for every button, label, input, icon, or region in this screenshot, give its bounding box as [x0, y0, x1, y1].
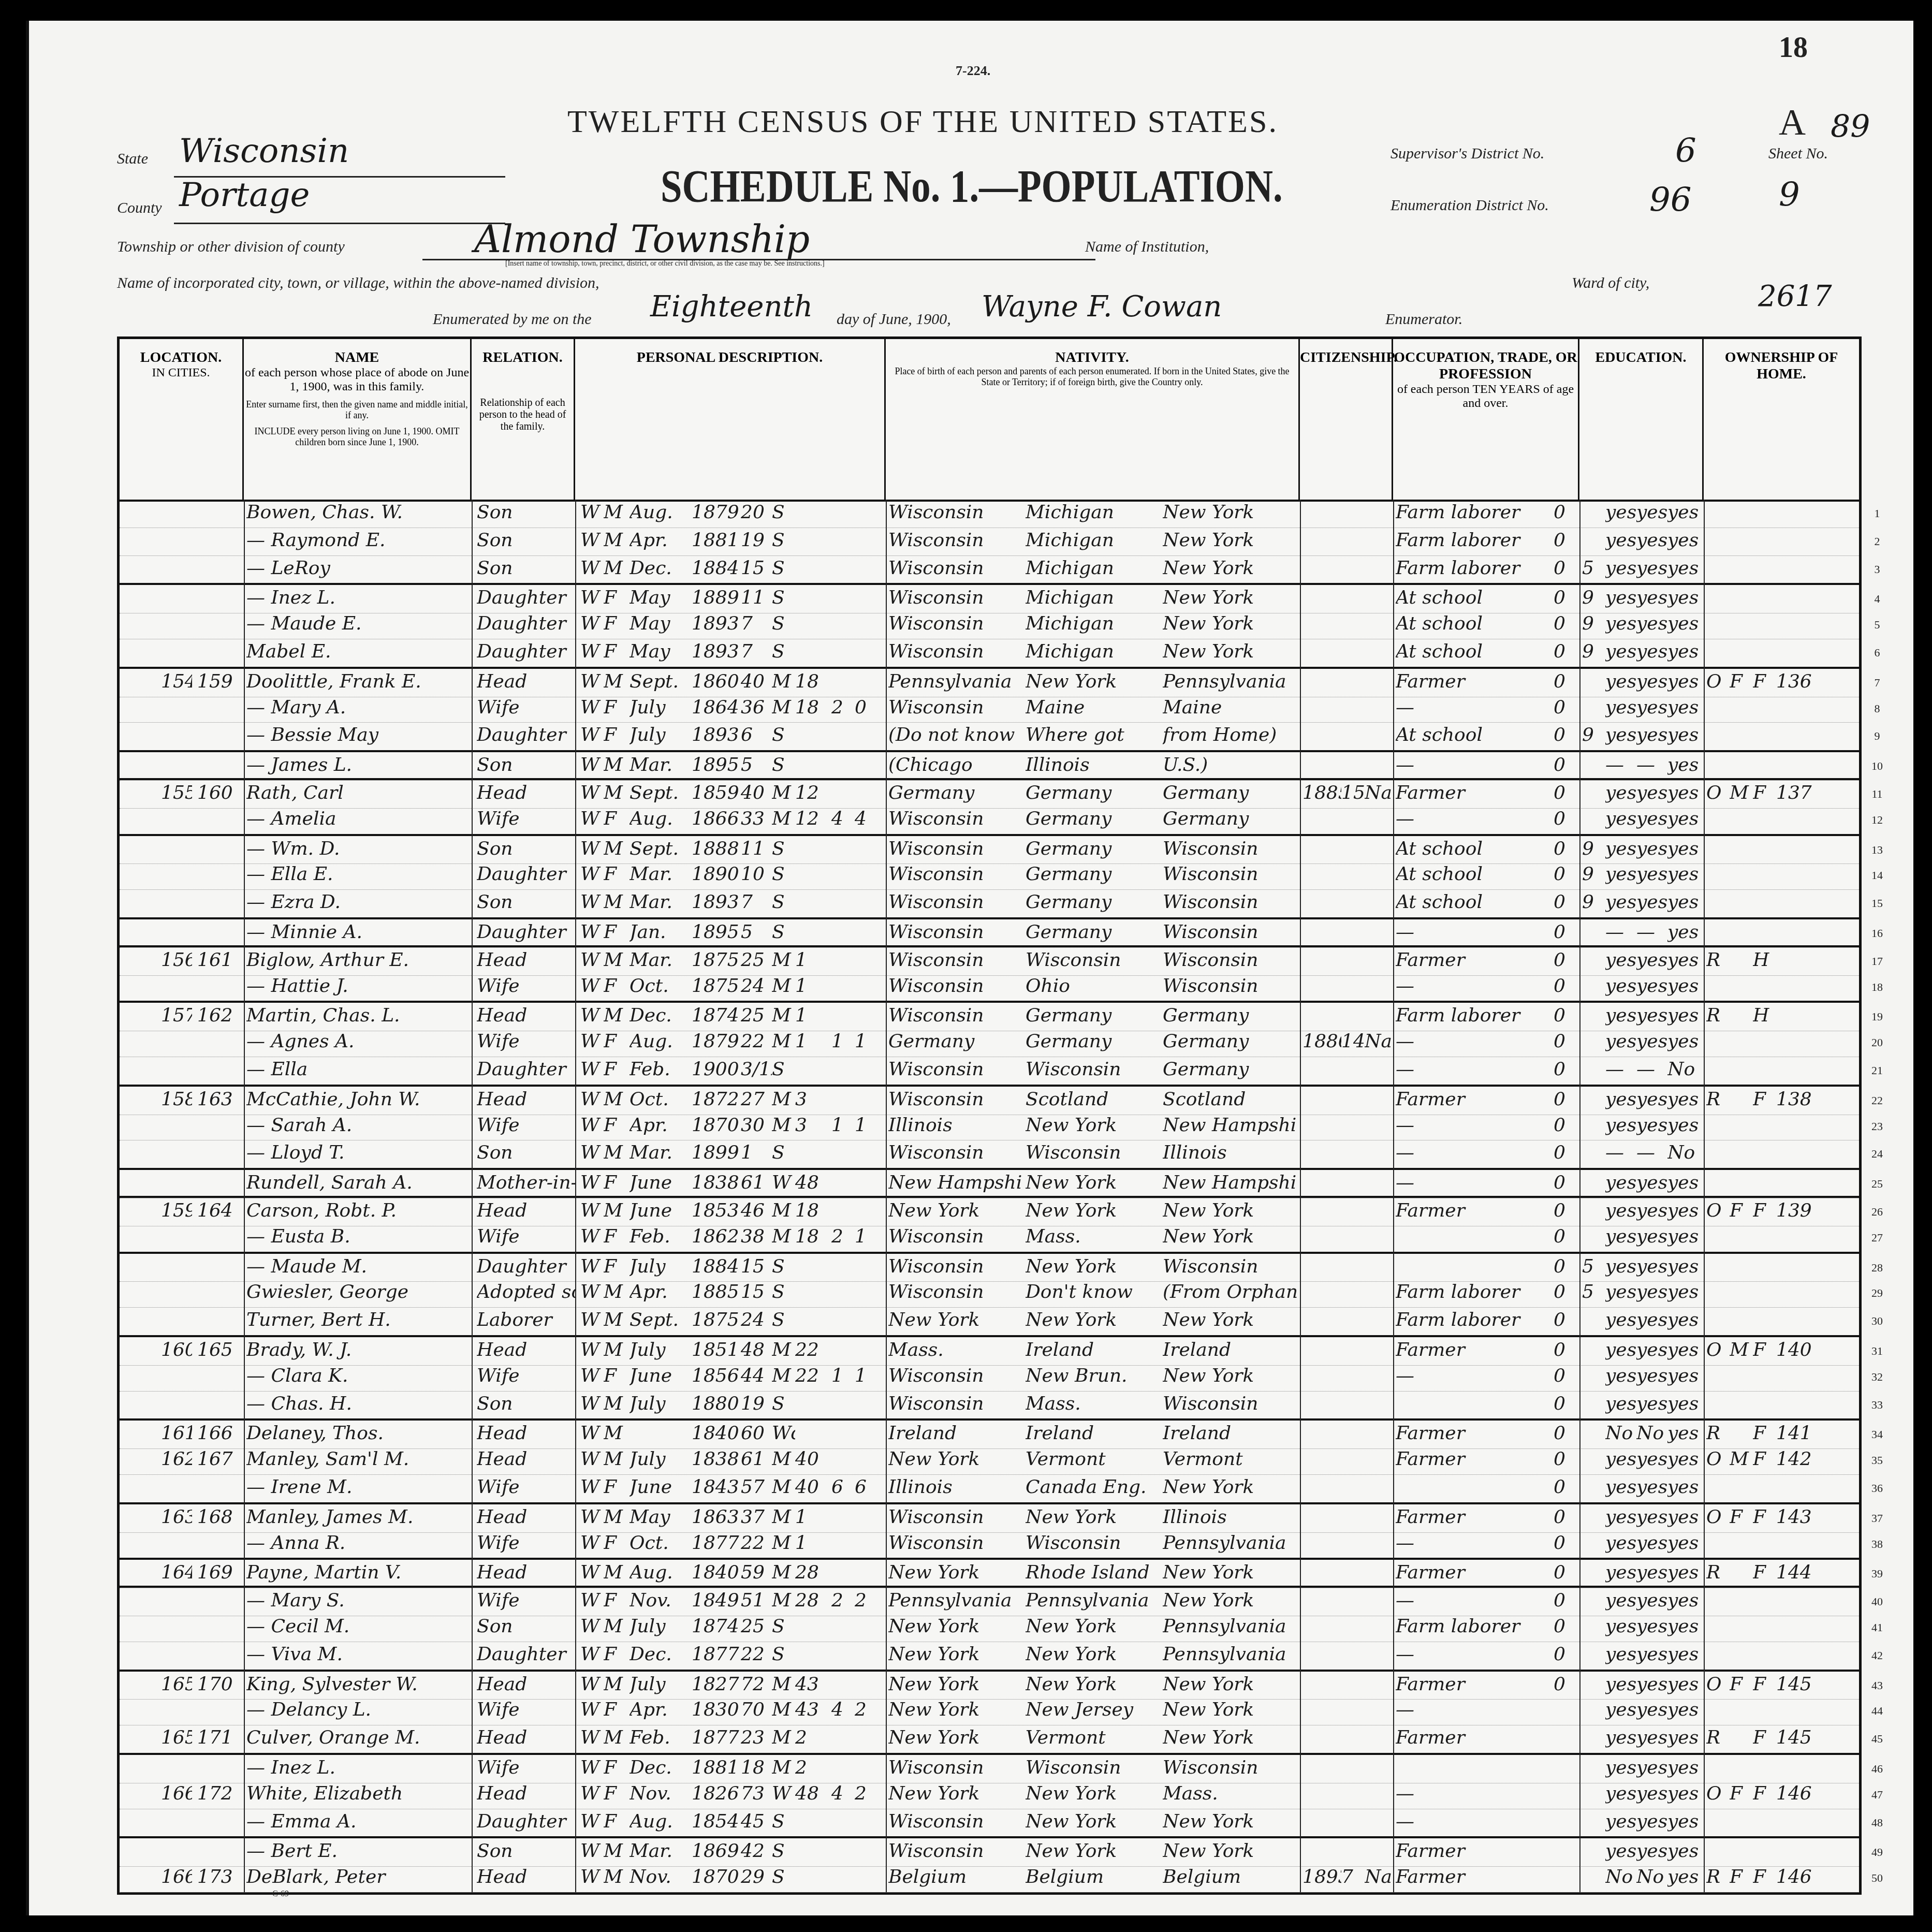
cell-relation: Head — [477, 1783, 575, 1804]
cell-birth: (Chicago — [888, 754, 1023, 775]
cell-color: W — [580, 1031, 601, 1052]
cell-family: 173 — [197, 1866, 239, 1887]
cell-color: W — [580, 530, 601, 551]
cell-yrs-us: 7 — [1341, 1866, 1365, 1887]
cell-occupation: Farmer — [1396, 1840, 1551, 1862]
cell-year: 1875 — [692, 975, 741, 997]
cell-read: yes — [1605, 1365, 1636, 1386]
cell-children-living: 2 — [855, 1699, 883, 1720]
cell-month: Nov. — [630, 1866, 692, 1887]
cell-relation: Adopted son — [477, 1281, 575, 1302]
cell-children-born: 2 — [831, 1590, 855, 1611]
cell-yrs-married: 18 — [795, 671, 831, 692]
form-number: 7-224. — [956, 63, 990, 79]
cell-color: W — [580, 1115, 601, 1136]
cell-mortgage: M — [1730, 782, 1753, 803]
cell-write: yes — [1636, 975, 1667, 997]
cell-mother-birth: Germany — [1163, 782, 1297, 803]
line-number: 47 — [1864, 1788, 1890, 1802]
cell-birth: Wisconsin — [888, 863, 1023, 885]
table-row: — Delancy L.WifeWFApr.183070M4342New Yor… — [120, 1697, 1859, 1725]
cell-mother-birth: New York — [1163, 1365, 1297, 1386]
cell-month: July — [630, 1616, 692, 1637]
cell-year: 1827 — [692, 1674, 741, 1695]
cell-name: Rath, Carl — [246, 782, 469, 803]
table-row: Rundell, Sarah A.Mother-in-lawWFJune1838… — [120, 1168, 1859, 1198]
cell-sex: F — [604, 613, 627, 634]
cell-yrs-married: 43 — [795, 1699, 831, 1720]
cell-schedule: 146 — [1776, 1866, 1854, 1887]
cell-color: W — [580, 1005, 601, 1026]
cell-marital: M — [772, 1448, 795, 1470]
cell-children-living: 1 — [855, 1226, 883, 1247]
cell-farm: F — [1753, 1866, 1776, 1887]
cell-english: yes — [1667, 1281, 1701, 1302]
cell-own: O — [1706, 1506, 1730, 1528]
cell-year: 1881 — [692, 1757, 741, 1778]
cell-read: yes — [1605, 1200, 1636, 1221]
cell-color: W — [580, 838, 601, 859]
cell-birth: Wisconsin — [888, 1840, 1023, 1862]
cell-farm: F — [1753, 1200, 1776, 1221]
cell-name: — Wm. D. — [246, 838, 469, 859]
cell-english: yes — [1667, 1448, 1701, 1470]
cell-name: — Clara K. — [246, 1365, 469, 1386]
cell-sex: M — [604, 1309, 627, 1330]
cell-father-birth: Ireland — [1026, 1423, 1160, 1444]
table-body: Bowen, Chas. W.SonWMAug.187920SWisconsin… — [120, 500, 1859, 1892]
cell-sex: M — [604, 1448, 627, 1470]
cell-relation: Wife — [477, 1031, 575, 1052]
cell-write: yes — [1636, 1590, 1667, 1611]
cell-english: yes — [1667, 754, 1701, 775]
cell-birth: New York — [888, 1616, 1023, 1637]
cell-english: yes — [1667, 949, 1701, 971]
cell-write: yes — [1636, 641, 1667, 662]
cell-month: June — [630, 1200, 692, 1221]
cell-school: 5 — [1582, 558, 1605, 579]
cell-birth: Germany — [888, 1031, 1023, 1052]
cell-month: June — [630, 1172, 692, 1193]
cell-age: 24 — [741, 975, 772, 997]
cell-father-birth: Michigan — [1026, 530, 1160, 551]
cell-children-living: 2 — [855, 1783, 883, 1804]
cell-year: 1895 — [692, 754, 741, 775]
cell-read: — — [1605, 754, 1636, 775]
cell-yrs-married: 18 — [795, 697, 831, 718]
cell-age: 30 — [741, 1115, 772, 1136]
cell-month: Mar. — [630, 754, 692, 775]
line-number: 31 — [1864, 1344, 1890, 1358]
cell-read: yes — [1605, 1783, 1636, 1804]
cell-sex: F — [604, 1059, 627, 1080]
township-label: Township or other division of county — [117, 238, 345, 256]
cell-month: Dec. — [630, 1644, 692, 1665]
cell-age: 44 — [741, 1365, 772, 1386]
cell-name: — Agnes A. — [246, 1031, 469, 1052]
cell-write: yes — [1636, 1476, 1667, 1498]
cell-age: 15 — [741, 1256, 772, 1277]
cell-months-unemp: 0 — [1554, 949, 1577, 971]
cell-month: May — [630, 641, 692, 662]
header-ownership: OWNERSHIP OF HOME. — [1704, 339, 1859, 500]
cell-mother-birth: Wisconsin — [1163, 949, 1297, 971]
cell-own: O — [1706, 671, 1730, 692]
cell-months-unemp: 0 — [1554, 671, 1577, 692]
cell-occupation: At school — [1396, 891, 1551, 913]
table-row: — Ezra D.SonWMMar.18937SWisconsinGermany… — [120, 889, 1859, 918]
cell-marital: S — [772, 891, 795, 913]
cell-age: 27 — [741, 1089, 772, 1110]
cell-sex: M — [604, 558, 627, 579]
cell-english: yes — [1667, 1115, 1701, 1136]
line-number: 40 — [1864, 1595, 1890, 1608]
line-number: 2 — [1864, 535, 1890, 548]
cell-year: 1838 — [692, 1448, 741, 1470]
cell-name: Biglow, Arthur E. — [246, 949, 469, 971]
cell-name: — Irene M. — [246, 1476, 469, 1498]
cell-marital: M — [772, 1089, 795, 1110]
cell-immig: 1886 — [1302, 1031, 1341, 1052]
cell-birth: Wisconsin — [888, 975, 1023, 997]
cell-year: 1895 — [692, 921, 741, 943]
cell-family: 170 — [197, 1674, 239, 1695]
line-number: 48 — [1864, 1816, 1890, 1829]
cell-mother-birth: New York — [1163, 587, 1297, 608]
cell-color: W — [580, 1393, 601, 1414]
enumerated-day: Eighteenth — [650, 290, 813, 324]
table-row: — Inez L.WifeWFDec.188118M2WisconsinWisc… — [120, 1753, 1859, 1783]
cell-english: yes — [1667, 1476, 1701, 1498]
cell-write: yes — [1636, 530, 1667, 551]
cell-months-unemp: 0 — [1554, 1059, 1577, 1080]
cell-write: yes — [1636, 1840, 1667, 1862]
cell-children-born: 6 — [831, 1476, 855, 1498]
cell-year: 1879 — [692, 1031, 741, 1052]
cell-mortgage: F — [1730, 1506, 1753, 1528]
cell-year: 1875 — [692, 1309, 741, 1330]
cell-father-birth: Ohio — [1026, 975, 1160, 997]
cell-birth: Ireland — [888, 1423, 1023, 1444]
cell-color: W — [580, 671, 601, 692]
cell-mother-birth: New York — [1163, 502, 1297, 523]
cell-english: yes — [1667, 1256, 1701, 1277]
cell-read: yes — [1605, 1727, 1636, 1748]
cell-year: 1890 — [692, 863, 741, 885]
cell-mother-birth: New Hampshire — [1163, 1115, 1297, 1136]
cell-occupation: Farm laborer — [1396, 1281, 1551, 1302]
cell-sex: M — [604, 1840, 627, 1862]
cell-age: 20 — [741, 502, 772, 523]
cell-year: 1893 — [692, 724, 741, 745]
cell-english: yes — [1667, 1031, 1701, 1052]
cell-sex: M — [604, 1005, 627, 1026]
cell-marital: M — [772, 782, 795, 803]
cell-marital: M — [772, 808, 795, 829]
cell-read: yes — [1605, 1226, 1636, 1247]
cell-sex: M — [604, 1339, 627, 1360]
line-number: 6 — [1864, 646, 1890, 660]
enumerated-prefix: Enumerated by me on the — [433, 311, 592, 328]
cell-read: yes — [1605, 1281, 1636, 1302]
cell-father-birth: New York — [1026, 1200, 1160, 1221]
cell-english: yes — [1667, 502, 1701, 523]
cell-schedule: 138 — [1776, 1089, 1854, 1110]
cell-relation: Wife — [477, 1532, 575, 1554]
cell-year: 1893 — [692, 891, 741, 913]
cell-relation: Daughter — [477, 1256, 575, 1277]
cell-marital: M — [772, 1562, 795, 1583]
cell-month: Aug. — [630, 502, 692, 523]
cell-age: 37 — [741, 1506, 772, 1528]
cell-relation: Laborer — [477, 1309, 575, 1330]
cell-english: yes — [1667, 641, 1701, 662]
cell-english: yes — [1667, 1783, 1701, 1804]
cell-read: No — [1605, 1866, 1636, 1887]
cell-month: Mar. — [630, 863, 692, 885]
cell-read: — — [1605, 1142, 1636, 1163]
cell-yrs-married: 40 — [795, 1448, 831, 1470]
cell-age: 6 — [741, 724, 772, 745]
cell-color: W — [580, 558, 601, 579]
table-row: — Viva M.DaughterWFDec.187722SNew YorkNe… — [120, 1642, 1859, 1670]
cell-relation: Son — [477, 754, 575, 775]
cell-own: R — [1706, 1562, 1730, 1583]
cell-birth: Wisconsin — [888, 921, 1023, 943]
line-number: 14 — [1864, 869, 1890, 882]
table-row: — Wm. D.SonWMSept.188811SWisconsinGerman… — [120, 834, 1859, 865]
cell-marital: W — [772, 1172, 795, 1193]
cell-months-unemp: 0 — [1554, 921, 1577, 943]
cell-sex: F — [604, 1365, 627, 1386]
cell-birth: Wisconsin — [888, 1226, 1023, 1247]
cell-month: July — [630, 1256, 692, 1277]
cell-read: yes — [1605, 613, 1636, 634]
cell-yrs-married: 1 — [795, 1532, 831, 1554]
cell-farm: F — [1753, 1089, 1776, 1110]
cell-mother-birth: New York — [1163, 530, 1297, 551]
cell-read: yes — [1605, 1115, 1636, 1136]
cell-relation: Daughter — [477, 1059, 575, 1080]
cell-sex: M — [604, 1727, 627, 1748]
table-header: LOCATION.IN CITIES. NAMEof each person w… — [120, 339, 1859, 502]
cell-marital: M — [772, 1005, 795, 1026]
cell-year: 1866 — [692, 808, 741, 829]
cell-months-unemp: 0 — [1554, 1448, 1577, 1470]
cell-yrs-married: 40 — [795, 1476, 831, 1498]
cell-mother-birth: Germany — [1163, 1005, 1297, 1026]
cell-sex: M — [604, 1393, 627, 1414]
cell-name: — Raymond E. — [246, 530, 469, 551]
cell-marital: S — [772, 641, 795, 662]
cell-year: 1877 — [692, 1644, 741, 1665]
cell-own: O — [1706, 1448, 1730, 1470]
cell-children-born: 2 — [831, 1226, 855, 1247]
cell-year: 1853 — [692, 1200, 741, 1221]
cell-month: Mar. — [630, 1840, 692, 1862]
cell-marital: S — [772, 1281, 795, 1302]
cell-english: yes — [1667, 613, 1701, 634]
cell-sex: F — [604, 1757, 627, 1778]
cell-write: yes — [1636, 838, 1667, 859]
cell-month: Sept. — [630, 671, 692, 692]
cell-sex: M — [604, 1200, 627, 1221]
cell-read: yes — [1605, 530, 1636, 551]
cell-father-birth: Pennsylvania — [1026, 1590, 1160, 1611]
cell-own: R — [1706, 1089, 1730, 1110]
cell-color: W — [580, 1727, 601, 1748]
cell-dwelling: 155 — [161, 782, 192, 803]
cell-color: W — [580, 975, 601, 997]
cell-marital: S — [772, 1644, 795, 1665]
cell-read: yes — [1605, 587, 1636, 608]
cell-marital: S — [772, 558, 795, 579]
cell-english: yes — [1667, 863, 1701, 885]
cell-birth: Wisconsin — [888, 891, 1023, 913]
cell-birth: New York — [888, 1309, 1023, 1330]
cell-dwelling: 165 — [161, 1674, 192, 1695]
table-row: 156161Biglow, Arthur E.HeadWMMar.187525M… — [120, 945, 1859, 976]
cell-children-living: 6 — [855, 1476, 883, 1498]
cell-father-birth: Michigan — [1026, 641, 1160, 662]
cell-write: yes — [1636, 949, 1667, 971]
cell-year: 1870 — [692, 1866, 741, 1887]
cell-children-living: 1 — [855, 1031, 883, 1052]
cell-birth: Belgium — [888, 1866, 1023, 1887]
cell-occupation: Farmer — [1396, 1089, 1551, 1110]
cell-read: yes — [1605, 558, 1636, 579]
cell-age: 38 — [741, 1226, 772, 1247]
cell-dwelling: 157 — [161, 1005, 192, 1026]
cell-birth: New York — [888, 1699, 1023, 1720]
cell-color: W — [580, 1423, 601, 1444]
cell-relation: Wife — [477, 1699, 575, 1720]
cell-color: W — [580, 613, 601, 634]
cell-read: yes — [1605, 1616, 1636, 1637]
table-row: — James L.SonWMMar.18955S(ChicagoIllinoi… — [120, 750, 1859, 781]
cell-age: 22 — [741, 1031, 772, 1052]
cell-months-unemp: 0 — [1554, 641, 1577, 662]
cell-sex: F — [604, 1783, 627, 1804]
cell-sex: F — [604, 697, 627, 718]
cell-occupation: At school — [1396, 863, 1551, 885]
cell-relation: Son — [477, 1142, 575, 1163]
cell-relation: Head — [477, 1339, 575, 1360]
table-row: — Mary S.WifeWFNov.184951M2822Pennsylvan… — [120, 1586, 1859, 1616]
cell-father-birth: Germany — [1026, 782, 1160, 803]
cell-english: yes — [1667, 1757, 1701, 1778]
cell-name: Payne, Martin V. — [246, 1562, 469, 1583]
cell-months-unemp: 0 — [1554, 1365, 1577, 1386]
line-number: 9 — [1864, 729, 1890, 743]
table-row: — Irene M.WifeWFJune184357M4066IllinoisC… — [120, 1474, 1859, 1503]
cell-sex: M — [604, 949, 627, 971]
cell-relation: Daughter — [477, 863, 575, 885]
enumerator-name: Wayne F. Cowan — [982, 290, 1222, 324]
cell-color: W — [580, 502, 601, 523]
cell-relation: Head — [477, 1506, 575, 1528]
census-title: TWELFTH CENSUS OF THE UNITED STATES. — [567, 104, 1278, 140]
cell-birth: Wisconsin — [888, 613, 1023, 634]
cell-month: July — [630, 1393, 692, 1414]
table-row: — Mary A.WifeWFJuly186436M1820WisconsinM… — [120, 695, 1859, 723]
cell-write: — — [1636, 1142, 1667, 1163]
cell-relation: Head — [477, 671, 575, 692]
cell-marital: S — [772, 724, 795, 745]
cell-mother-birth: (From Orphans' Home) — [1163, 1281, 1297, 1302]
cell-children-living: 2 — [855, 1590, 883, 1611]
line-number: 42 — [1864, 1649, 1890, 1662]
cell-occupation: Farmer — [1396, 1200, 1551, 1221]
cell-months-unemp: 0 — [1554, 1506, 1577, 1528]
cell-name: Bowen, Chas. W. — [246, 502, 469, 523]
cell-age: 11 — [741, 587, 772, 608]
cell-color: W — [580, 1616, 601, 1637]
table-row: — Eusta B.WifeWFFeb.186238M1821Wisconsin… — [120, 1224, 1859, 1252]
cell-birth: Wisconsin — [888, 1506, 1023, 1528]
cell-color: W — [580, 1365, 601, 1386]
cell-birth: Wisconsin — [888, 558, 1023, 579]
cell-months-unemp: 0 — [1554, 1562, 1577, 1583]
cell-age: 45 — [741, 1811, 772, 1832]
cell-write: yes — [1636, 1727, 1667, 1748]
cell-year: 1889 — [692, 587, 741, 608]
supervisor-label: Supervisor's District No. — [1391, 145, 1544, 163]
cell-family: 159 — [197, 671, 239, 692]
table-row: — Bert E.SonWMMar.186942SWisconsinNew Yo… — [120, 1836, 1859, 1867]
table-row: — Clara K.WifeWFJune185644M2211Wisconsin… — [120, 1363, 1859, 1392]
cell-father-birth: New York — [1026, 1840, 1160, 1862]
cell-month: July — [630, 1448, 692, 1470]
cell-family: 161 — [197, 949, 239, 971]
cell-color: W — [580, 808, 601, 829]
cell-color: W — [580, 1506, 601, 1528]
cell-month: Apr. — [630, 1281, 692, 1302]
cell-months-unemp: 0 — [1554, 838, 1577, 859]
cell-age: 70 — [741, 1699, 772, 1720]
cell-mother-birth: Pennsylvania — [1163, 1616, 1297, 1637]
cell-months-unemp: 0 — [1554, 1200, 1577, 1221]
cell-year: 1885 — [692, 1281, 741, 1302]
cell-sex: M — [604, 754, 627, 775]
cell-family: 169 — [197, 1562, 239, 1583]
table-row: 165170King, Sylvester W.HeadWMJuly182772… — [120, 1670, 1859, 1700]
cell-father-birth: Canada Eng. — [1026, 1476, 1160, 1498]
line-number: 12 — [1864, 813, 1890, 827]
cell-read: yes — [1605, 1590, 1636, 1611]
cell-color: W — [580, 1059, 601, 1080]
cell-mother-birth: Illinois — [1163, 1506, 1297, 1528]
table-row: 155160Rath, CarlHeadWMSept.185940M12Germ… — [120, 778, 1859, 809]
line-number: 20 — [1864, 1036, 1890, 1049]
cell-english: No — [1667, 1059, 1701, 1080]
table-row: Turner, Bert H.LaborerWMSept.187524SNew … — [120, 1307, 1859, 1336]
header-location: LOCATION.IN CITIES. — [120, 339, 244, 500]
cell-father-birth: New York — [1026, 1811, 1160, 1832]
cell-mother-birth: New York — [1163, 558, 1297, 579]
cell-color: W — [580, 1811, 601, 1832]
cell-occupation: — — [1396, 1532, 1551, 1554]
table-row: — Hattie J.WifeWFOct.187524M1WisconsinOh… — [120, 973, 1859, 1002]
cell-name: — Inez L. — [246, 1757, 469, 1778]
cell-birth: New Hampshire — [888, 1172, 1023, 1193]
cell-marital: M — [772, 1699, 795, 1720]
cell-year: 1843 — [692, 1476, 741, 1498]
cell-mother-birth: New York — [1163, 1674, 1297, 1695]
cell-marital: M — [772, 1339, 795, 1360]
line-number: 35 — [1864, 1454, 1890, 1467]
cell-dwelling: 165 — [161, 1727, 192, 1748]
